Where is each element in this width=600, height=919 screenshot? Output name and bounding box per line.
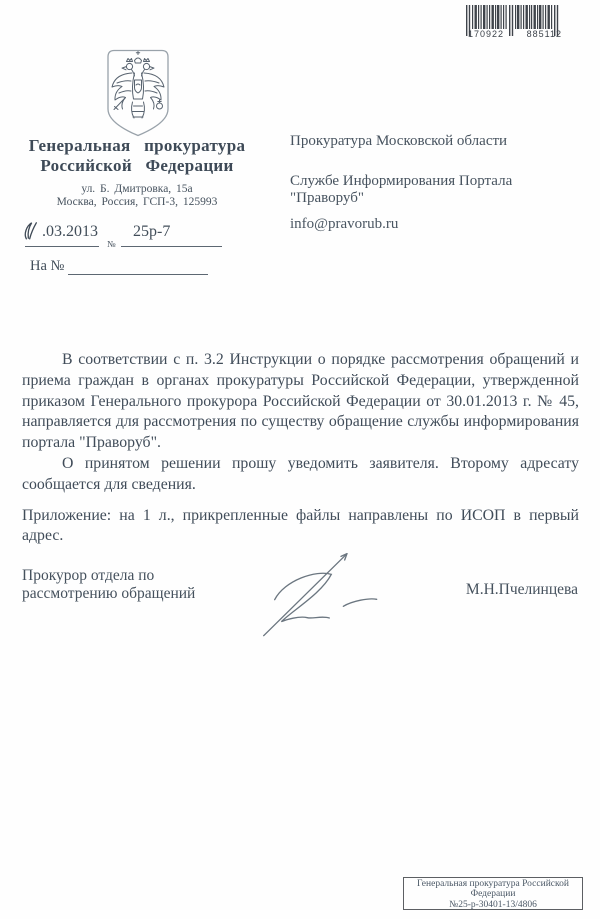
- barcode-digits-left: 170922: [466, 29, 506, 39]
- registration-stamp-line1: Генеральная прокуратура Российской: [404, 879, 582, 889]
- date-underline: [25, 246, 99, 247]
- recipient-primary: Прокуратура Московской области: [290, 133, 507, 150]
- signer-name: М.Н.Пчелинцева: [430, 581, 578, 599]
- recipient-secondary-line2: "Праворуб": [290, 190, 540, 207]
- barcode-digits-right: 885112: [525, 29, 564, 39]
- number-underline: [121, 246, 222, 247]
- signer-position-line2: рассмотрению обращений: [22, 585, 242, 603]
- letter-date: .03.2013: [42, 223, 98, 241]
- handwritten-day-mark: [21, 221, 41, 242]
- coat-of-arms-icon: [101, 47, 175, 139]
- barcode: 170922 885112: [466, 5, 564, 45]
- signer-position-line1: Прокурор отдела по: [22, 567, 242, 585]
- org-name-line2: Российской Федерации: [16, 156, 258, 176]
- registration-stamp-line3: №25-р-30401-13/4806: [404, 900, 582, 910]
- signer-position: Прокурор отдела по рассмотрению обращени…: [22, 567, 242, 602]
- org-address-line1: ул. Б. Дмитровка, 15а: [16, 183, 258, 196]
- recipient-secondary: Службе Информирования Портала "Праворуб": [290, 173, 540, 207]
- body-paragraph-2: О принятом решении прошу уведомить заяви…: [22, 454, 579, 496]
- body-paragraph-1: В соответствии с п. 3.2 Инструкции о пор…: [22, 350, 579, 454]
- attachment-note: Приложение: на 1 л., прикрепленные файлы…: [22, 506, 579, 548]
- recipient-email: info@pravorub.ru: [290, 216, 398, 233]
- org-name: Генеральная прокуратура Российской Федер…: [16, 136, 258, 176]
- outgoing-number: 25р-7: [133, 223, 170, 241]
- org-name-line1: Генеральная прокуратура: [16, 136, 258, 156]
- org-address: ул. Б. Дмитровка, 15а Москва, Россия, ГС…: [16, 183, 258, 209]
- registration-stamp: Генеральная прокуратура Российской Федер…: [403, 877, 583, 910]
- letter-body: В соответствии с п. 3.2 Инструкции о пор…: [22, 350, 579, 547]
- reply-reference-underline: [68, 274, 208, 275]
- registration-stamp-line2: Федерации: [404, 889, 582, 899]
- org-address-line2: Москва, Россия, ГСП-3, 125993: [16, 196, 258, 209]
- number-symbol: №: [107, 239, 116, 249]
- recipient-secondary-line1: Службе Информирования Портала: [290, 173, 540, 190]
- barcode-digits: 170922 885112: [466, 29, 564, 39]
- handwritten-signature-icon: [232, 545, 390, 653]
- reply-reference-label: На №: [30, 258, 64, 275]
- scanned-letter-page: 170922 885112: [0, 0, 600, 919]
